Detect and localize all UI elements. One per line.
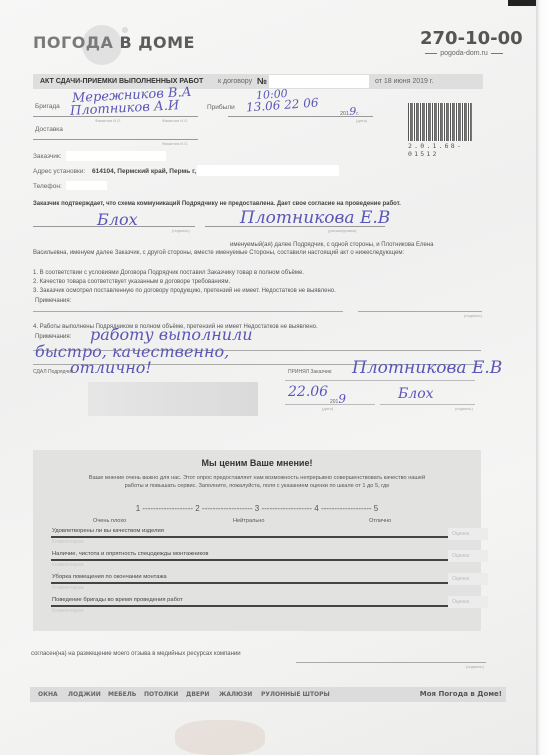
footer-nav-blinds: ЖАЛЮЗИ <box>219 687 252 702</box>
barcode <box>408 103 472 141</box>
address-field <box>197 165 339 176</box>
question-3-comment: Комментарии <box>52 585 84 591</box>
paper-edge <box>536 0 550 755</box>
notes-2-line-3: отлично! <box>70 358 152 377</box>
footer-slogan: Моя Погода в Доме! <box>420 687 502 702</box>
preamble-line-2: Васильевна, именуем далее Заказчик, с др… <box>33 250 404 256</box>
notes-1-signature-hint: (подпись) <box>464 313 482 318</box>
question-2-line <box>51 559 449 561</box>
question-4-score[interactable]: Оценка <box>448 596 488 608</box>
company-phone: 270-10-00 <box>420 28 523 49</box>
arrived-label: Прибыли <box>207 104 235 111</box>
survey-intro-line-2: работы и повышать сервис. Заполните, пож… <box>53 482 461 490</box>
document-title-bar: АКТ СДАЧИ-ПРИЕМКИ ВЫПОЛНЕННЫХ РАБОТ к до… <box>33 74 483 89</box>
publication-consent: согласен(на) на размещение моего отзыва … <box>31 651 241 657</box>
handover-date-hint: (дата) <box>322 406 333 411</box>
crew-hint-1: Фамилия И.О. <box>95 118 121 123</box>
footer-nav-windows: ОКНА <box>38 687 58 702</box>
logo-text-2: В ДОМЕ <box>120 33 195 52</box>
question-2: Наличие, чистота и опрятность спецодежды… <box>52 551 208 557</box>
paper-stain <box>175 720 265 755</box>
notes-1-line <box>33 311 343 312</box>
clause-3: 3. Заказчик осмотрел поставленную по дог… <box>33 288 336 294</box>
contract-date: от 18 июня 2019 г. <box>375 74 434 89</box>
consent-signature-line <box>33 226 195 227</box>
question-1: Удовлетворены ли вы качеством изделия <box>52 528 164 534</box>
handover-signature-hint: (подпись) <box>455 406 473 411</box>
scale-label-high: Отлично <box>369 518 391 524</box>
clause-1: 1. В соответствии с условиями Договора П… <box>33 270 304 276</box>
scale-label-mid: Нейтрально <box>233 518 264 524</box>
phone-field <box>66 181 107 190</box>
contract-label: к договору <box>218 74 252 89</box>
address-label: Адрес установки: <box>33 168 85 175</box>
question-4-line <box>51 605 449 607</box>
handover-date: 22.06 <box>288 384 328 400</box>
footer-nav-roller-blinds: РУЛОННЫЕ ШТОРЫ <box>261 687 330 702</box>
question-4: Поведение бригады во время проведения ра… <box>52 597 183 603</box>
consent-statement: Заказчик подтверждает, что схема коммуни… <box>33 201 513 207</box>
footer-bar: ОКНА ЛОДЖИИ МЕБЕЛЬ ПОТОЛКИ ДВЕРИ ЖАЛЮЗИ … <box>30 687 506 702</box>
notes-2-label: Примечания: <box>35 334 71 340</box>
crew-line <box>33 116 198 117</box>
customer-label: Заказчик: <box>33 153 62 160</box>
handover-signature-line <box>380 404 475 405</box>
survey-section: Мы ценим Ваше мнение! Ваше мнение очень … <box>33 450 481 631</box>
consent-signature-hint: (подпись) <box>172 228 190 233</box>
preamble-line-1: именуемый(ая) далее Подрядчик, с одной с… <box>230 242 433 248</box>
barcode-number: 2.0.1.68-01512 <box>408 142 472 158</box>
accepted-label: ПРИНЯЛ Заказчик: <box>288 369 332 375</box>
delivery-hint: Фамилия И.О. <box>162 141 188 146</box>
delivery-line <box>33 139 198 140</box>
footer-nav-loggias: ЛОДЖИИ <box>68 687 101 702</box>
survey-intro-line-1: Ваше мнение очень важно для нас. Этот оп… <box>53 474 461 482</box>
publication-signature-line <box>296 662 486 663</box>
address-value: 614104, Пермский край, Пермь г, <box>92 168 196 175</box>
consent-name-line <box>205 226 385 227</box>
notes-1-label: Примечания: <box>35 298 71 304</box>
delivery-label: Доставка <box>35 126 63 133</box>
consent-name: Плотникова Е.В <box>240 208 390 228</box>
footer-nav-furniture: МЕБЕЛЬ <box>108 687 136 702</box>
company-website: pogoda-dom.ru <box>414 50 514 57</box>
question-1-line <box>51 536 449 538</box>
clause-2: 2. Качество товара соответствует указанн… <box>33 279 230 285</box>
question-3: Уборка помещения по окончании монтажа <box>52 574 167 580</box>
question-2-comment: Комментарии <box>52 562 84 568</box>
question-4-comment: Комментарии <box>52 608 84 614</box>
question-3-score[interactable]: Оценка <box>448 573 488 585</box>
handover-date-line <box>285 404 375 405</box>
rating-scale: 1 ------------------- 2 ----------------… <box>33 504 481 513</box>
footer-nav-ceilings: ПОТОЛКИ <box>144 687 178 702</box>
phone-label: Телефон: <box>33 183 62 190</box>
redacted-contractor-area <box>88 382 258 416</box>
question-1-comment: Комментарии <box>52 539 84 545</box>
handed-label: СДАЛ Подрядчик: <box>33 369 75 375</box>
arrived-line <box>228 116 373 117</box>
question-3-line <box>51 582 449 584</box>
survey-title: Мы ценим Ваше мнение! <box>33 458 481 468</box>
company-logo: ПОГОДА В ДОМЕ <box>33 33 195 52</box>
notes-1-signature-line <box>358 311 482 312</box>
survey-intro: Ваше мнение очень важно для нас. Этот оп… <box>53 474 461 490</box>
website-text: pogoda-dom.ru <box>440 50 487 57</box>
question-1-score[interactable]: Оценка <box>448 528 488 540</box>
logo-text-1: ПОГОДА <box>33 33 113 52</box>
scan-corner <box>508 0 536 6</box>
handover-signature: Блох <box>398 386 434 402</box>
number-sign: № <box>257 74 267 89</box>
question-2-score[interactable]: Оценка <box>448 550 488 562</box>
consent-name-hint: (расшифровка) <box>328 228 356 233</box>
footer-nav-doors: ДВЕРИ <box>186 687 209 702</box>
scale-label-low: Очень плохо <box>93 518 126 524</box>
accepted-name: Плотникова Е.В <box>352 358 502 378</box>
contract-number-field <box>269 75 369 88</box>
crew-hint-2: Фамилия И.О. <box>162 118 188 123</box>
publication-signature-hint: (подпись) <box>466 664 484 669</box>
arrived-hint: (дата) <box>356 118 367 123</box>
accepted-line <box>285 380 475 381</box>
customer-field <box>66 151 166 161</box>
crew-label: Бригада <box>35 103 60 110</box>
